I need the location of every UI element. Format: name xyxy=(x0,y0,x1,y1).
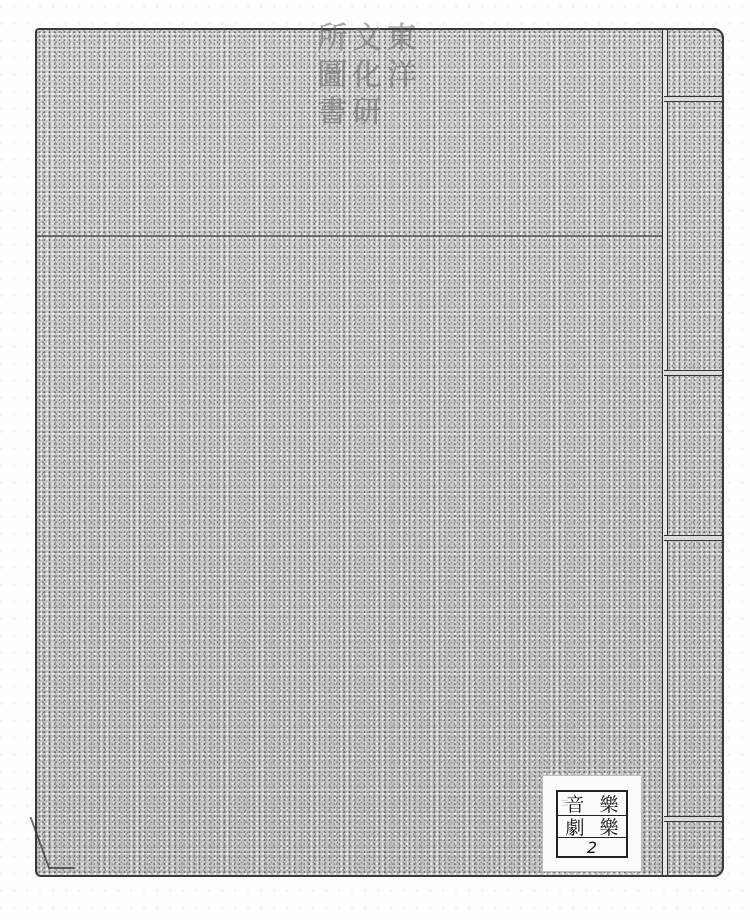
label-row-2: 樂 劇 xyxy=(558,816,626,838)
label-row-1: 樂 音 三 xyxy=(558,792,626,816)
book-cover: 東 洋 文 化 研 所 圖 書 樂 音 三 樂 劇 2 xyxy=(35,28,724,877)
corner-fold-mark xyxy=(30,817,75,869)
seal-char: 所 xyxy=(315,20,350,57)
seal-char: 文 xyxy=(350,20,385,57)
binding-stitch xyxy=(664,96,722,102)
label-small-mark: 三 xyxy=(561,798,568,808)
binding-stitch xyxy=(664,370,722,376)
library-seal-stamp: 東 洋 文 化 研 所 圖 書 xyxy=(315,20,419,132)
binding-stitch xyxy=(664,816,722,822)
seal-char: 圖 xyxy=(315,57,350,94)
label-row-number: 2 xyxy=(558,838,626,857)
label-text: 劇 xyxy=(565,813,584,840)
label-text: 音 xyxy=(565,790,584,817)
seal-char: 書 xyxy=(315,95,350,132)
catalog-label: 樂 音 三 樂 劇 2 xyxy=(542,775,642,872)
label-text: 樂 xyxy=(599,813,618,840)
volume-number: 2 xyxy=(587,838,597,857)
seal-char: 化 xyxy=(350,57,385,94)
seal-char: 洋 xyxy=(384,57,419,94)
label-text: 樂 xyxy=(599,790,618,817)
seal-char xyxy=(384,95,419,132)
seal-char: 研 xyxy=(350,95,385,132)
catalog-label-box: 樂 音 三 樂 劇 2 xyxy=(556,790,628,858)
binding-stitch xyxy=(664,535,722,541)
binding-spine-line xyxy=(662,30,668,875)
cover-crease-line xyxy=(37,235,662,237)
seal-char: 東 xyxy=(384,20,419,57)
